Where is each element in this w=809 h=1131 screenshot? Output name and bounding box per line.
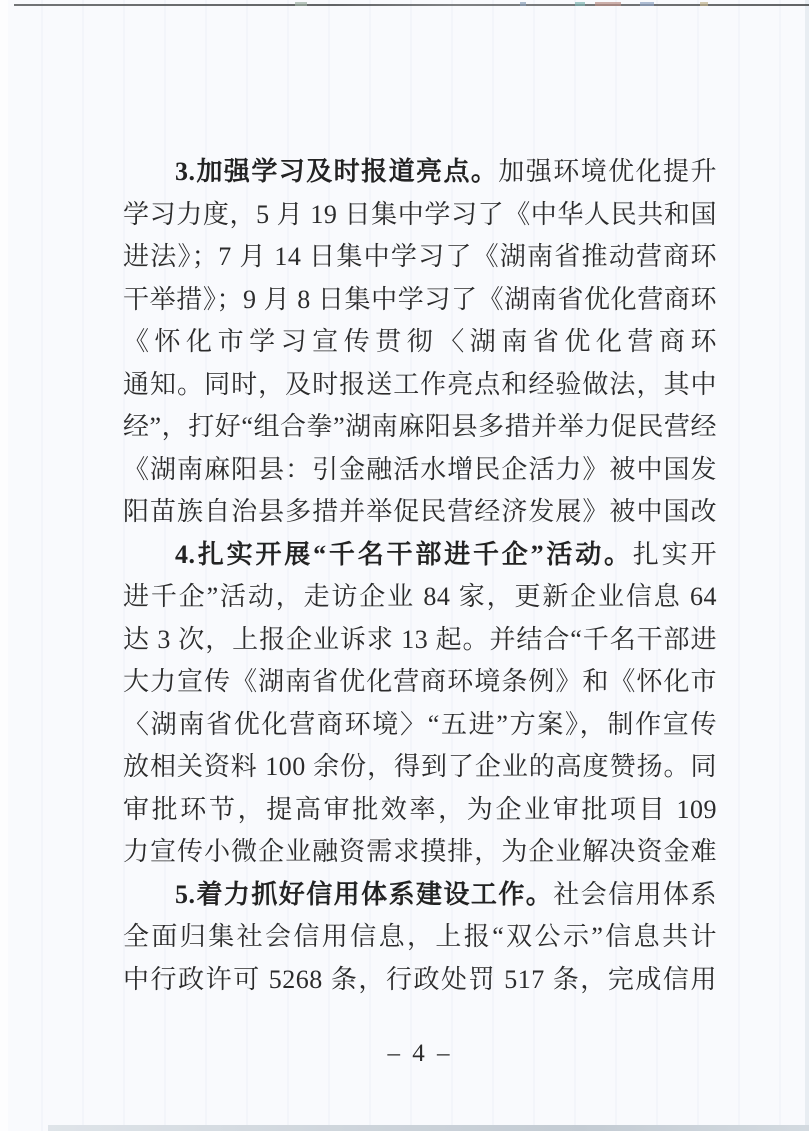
- document-body: 3.加强学习及时报道亮点。加强环境优化提升政策和文件的学习力度，5 月 19 日…: [123, 151, 717, 1001]
- scanned-document-page: 3.加强学习及时报道亮点。加强环境优化提升政策和文件的学习力度，5 月 19 日…: [0, 0, 809, 1131]
- paragraph-heading: 3.加强学习及时报道亮点。: [175, 157, 498, 186]
- text-line: 通知。同时，及时报送工作亮点和经验做法，其中《念好“服务: [123, 364, 717, 407]
- text-line: 《怀化市学习宣传贯彻〈湖南省优化营商环境〉“五进”方案》的: [123, 321, 717, 364]
- scan-bottom-edge-strip: [48, 1125, 809, 1131]
- text-line: 5.着力抓好信用体系建设工作。社会信用体系建设稳步推进，: [123, 874, 717, 917]
- text-line: 学习力度，5 月 19 日集中学习了《中华人民共和国民营经济促: [123, 194, 717, 237]
- text-line: 中行政许可 5268 条，行政处罚 517 条，完成信用承诺 6513 次；: [123, 959, 717, 1002]
- scan-noise-speck: [295, 2, 307, 6]
- text-line: 阳苗族自治县多措并举促民营经济发展》被中国改革报录用。: [123, 491, 717, 534]
- scan-right-edge: [805, 0, 809, 1131]
- scan-noise-speck: [640, 2, 654, 6]
- scan-noise-speck: [595, 2, 621, 6]
- text-line: 《湖南麻阳县：引金融活水增民企活力》被中国发展网报道；《麻: [123, 449, 717, 492]
- text-line: 3.加强学习及时报道亮点。加强环境优化提升政策和文件的: [123, 151, 717, 194]
- text-line: 进法》；7 月 14 日集中学习了《湖南省推动营商环境优化提升若: [123, 236, 717, 279]
- scan-noise-speck: [575, 2, 585, 6]
- scan-left-edge: [0, 0, 8, 1131]
- text-line: 审批环节，提高审批效率，为企业审批项目 109 个。借助活动大: [123, 789, 717, 832]
- text-line: 放相关资料 100 余份，得到了企业的高度赞扬。同时，优化项目: [123, 746, 717, 789]
- text-line: 4.扎实开展“千名干部进千企”活动。扎实开展“千名干部: [123, 534, 717, 577]
- scan-top-edge-line: [14, 4, 809, 6]
- text-line: 全面归集社会信用信息，上报“双公示”信息共计 5786 条，其: [123, 916, 717, 959]
- text-line: 〈湖南省优化营商环境〉“五进”方案》，制作宣传横幅 3 幅，发: [123, 704, 717, 747]
- text-line: 力宣传小微企业融资需求摸排，为企业解决资金难题。: [123, 831, 717, 874]
- text-line: 达 3 次，上报企业诉求 13 起。并结合“千名干部进千企”活动，: [123, 619, 717, 662]
- text-line: 大力宣传《湖南省优化营商环境条例》和《怀化市学习宣传贯彻: [123, 661, 717, 704]
- text-line: 经”，打好“组合拳”湖南麻阳县多措并举力促民营经济发展》: [123, 406, 717, 449]
- scan-noise-speck: [700, 2, 708, 6]
- page-number: – 4 –: [123, 1040, 717, 1068]
- text-line: 干举措》；9 月 8 日集中学习了《湖南省优化营商环境条例》和: [123, 279, 717, 322]
- text-line: 进千企”活动，走访企业 84 家，更新企业信息 64 家，走访次数: [123, 576, 717, 619]
- paragraph-heading: 4.扎实开展“千名干部进千企”活动。: [175, 540, 633, 569]
- paragraph-heading: 5.着力抓好信用体系建设工作。: [175, 880, 553, 909]
- scan-noise-speck: [520, 2, 526, 6]
